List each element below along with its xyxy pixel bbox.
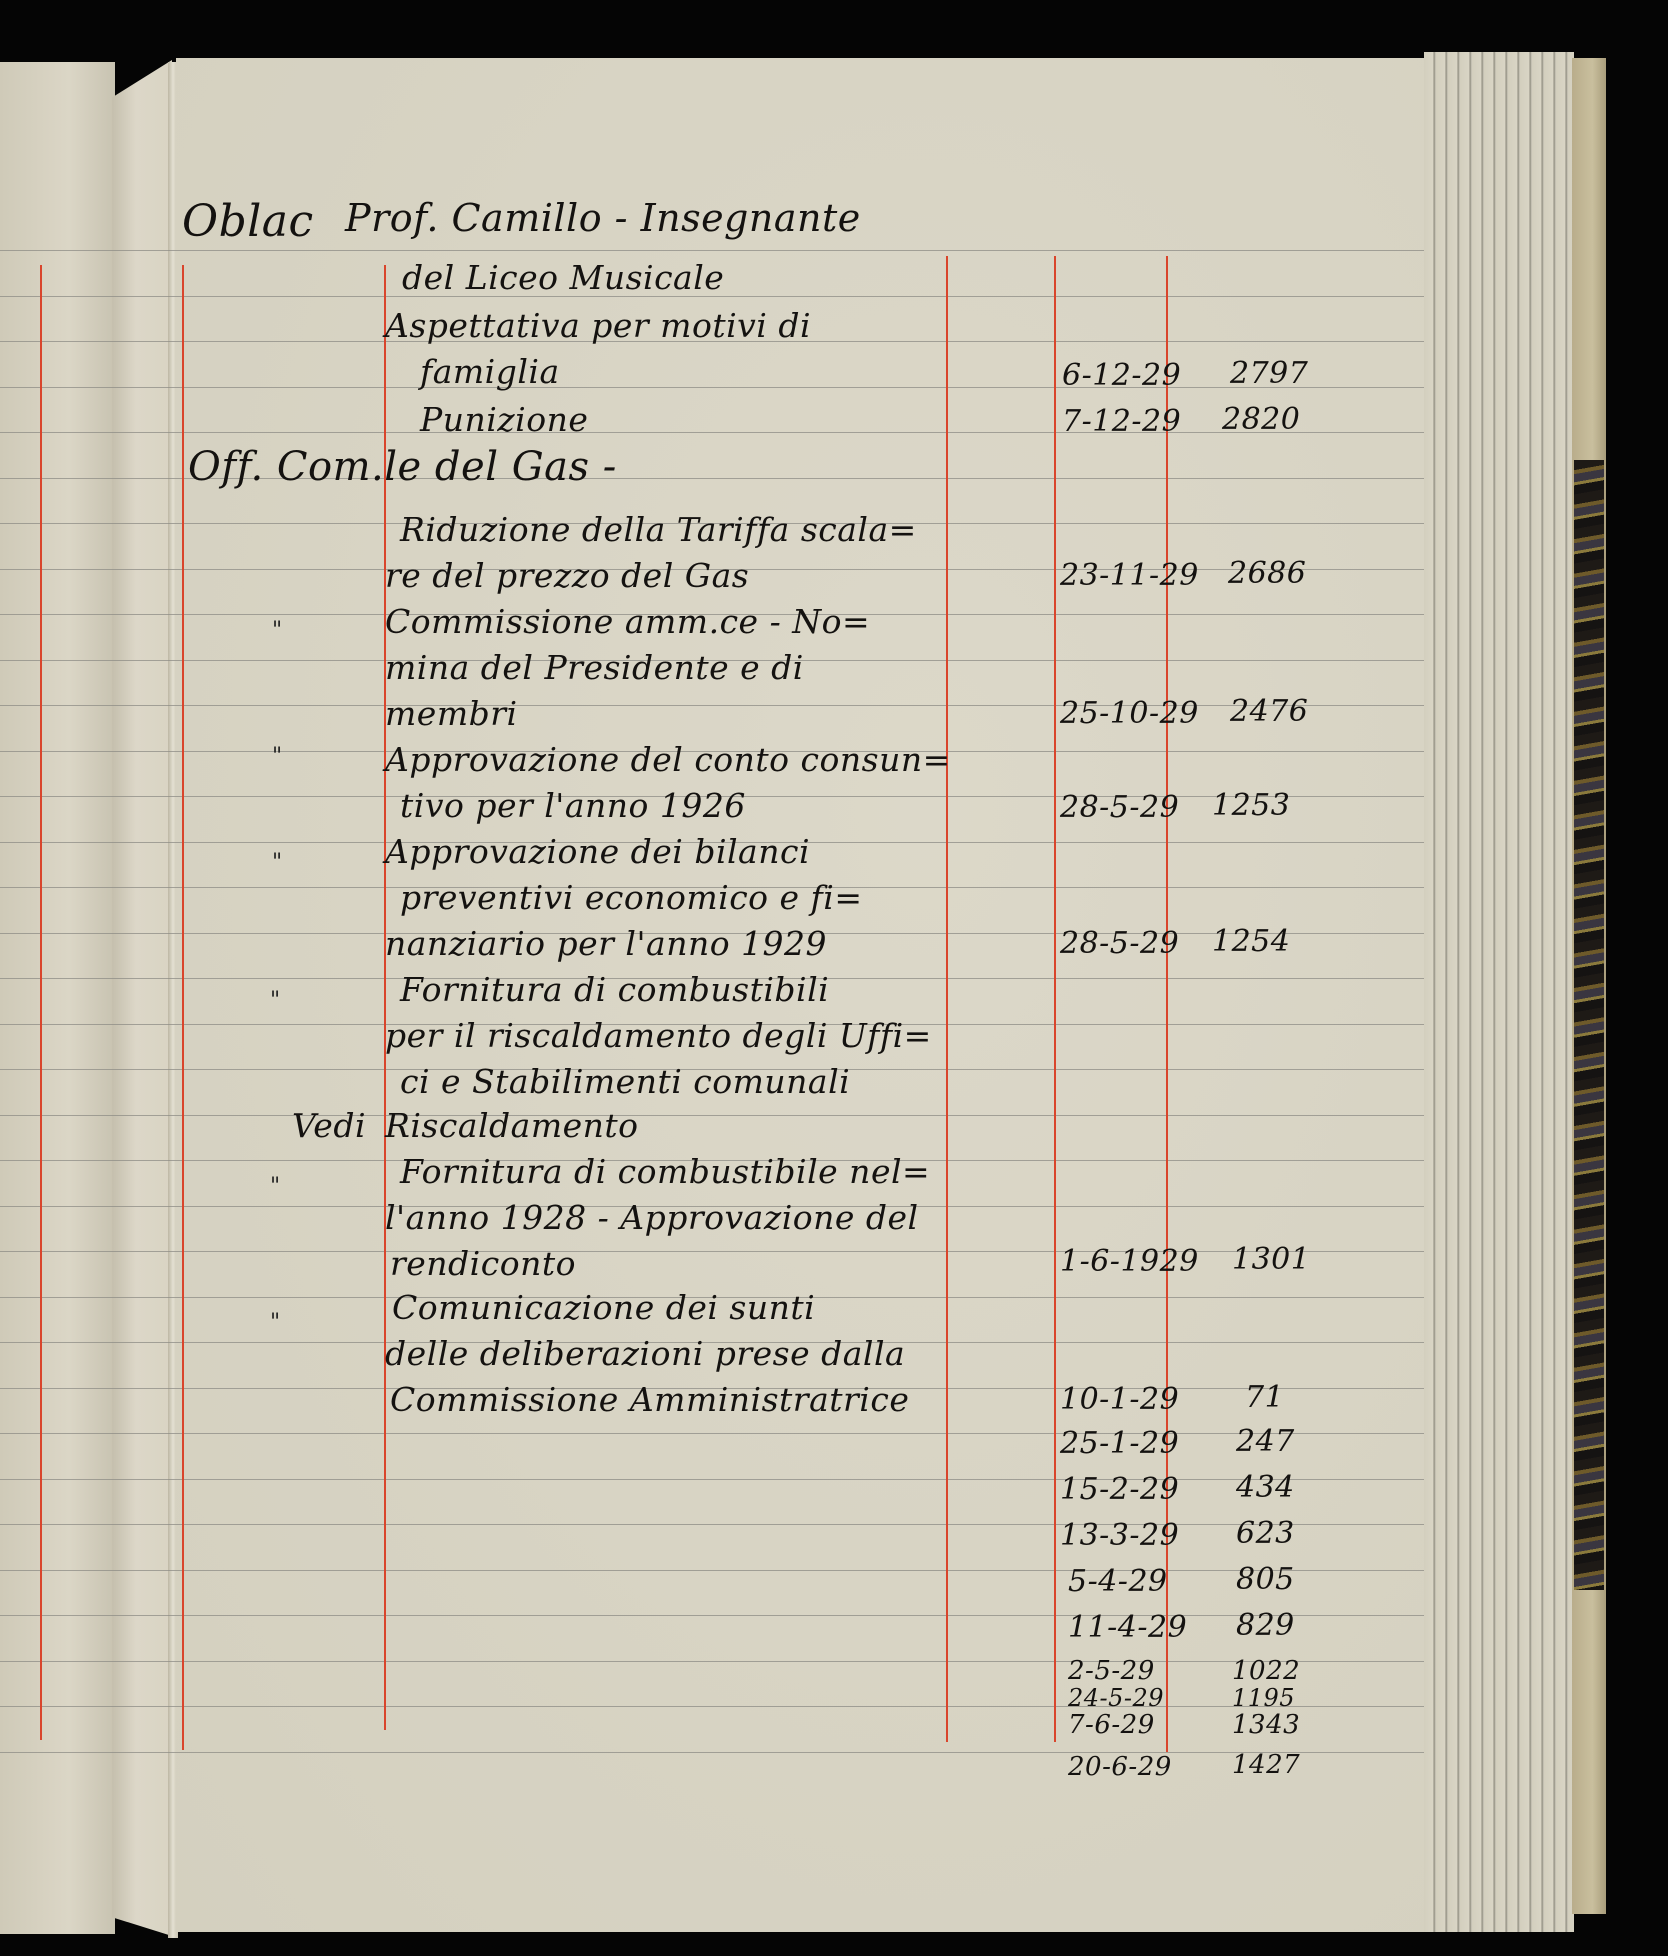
rule-line [0, 1615, 1424, 1616]
rule-line [0, 432, 1424, 433]
entry-number: 1301 [1232, 1242, 1310, 1277]
entry-line: re del prezzo del Gas [385, 556, 749, 595]
rule-line [0, 1479, 1424, 1480]
ref-date: 10-1-29 [1060, 1382, 1179, 1417]
red-margin-line [946, 256, 948, 1742]
ref-date: 5-4-29 [1068, 1564, 1168, 1599]
entry-line: Prof. Camillo - Insegnante [345, 196, 861, 240]
rule-line [0, 387, 1424, 388]
entry-line: Commissione amm.ce - No= [385, 602, 870, 641]
rule-line [0, 1661, 1424, 1662]
entry-line: Approvazione dei bilanci [385, 832, 810, 871]
entry-line: preventivi economico e fi= [400, 878, 862, 917]
entry-line: Commissione Amministratrice [390, 1380, 909, 1419]
entry-line: membri [385, 694, 518, 733]
ref-date: 20-6-29 [1068, 1752, 1172, 1782]
entry-line: per il riscaldamento degli Uffi= [385, 1016, 932, 1055]
entry-date: 28-5-29 [1060, 926, 1179, 961]
rule-line [0, 1706, 1424, 1707]
ref-number: 623 [1236, 1516, 1295, 1551]
rule-line [0, 1524, 1424, 1525]
entry-line: nanziario per l'anno 1929 [385, 924, 827, 963]
rule-line [0, 1752, 1424, 1753]
stacked-page-edges [1424, 52, 1574, 1932]
entry-line: Riscaldamento [385, 1106, 639, 1145]
ref-date: 15-2-29 [1060, 1472, 1179, 1507]
entry-line: Fornitura di combustibili [400, 970, 829, 1009]
entry-number: 1253 [1212, 788, 1290, 823]
entry-date: 7-12-29 [1062, 404, 1181, 439]
entry-date: 23-11-29 [1060, 558, 1199, 593]
red-margin-line [1054, 256, 1056, 1742]
entry-heading: Off. Com.le del Gas - [188, 444, 617, 490]
ref-number: 1195 [1232, 1684, 1295, 1712]
ref-date: 11-4-29 [1068, 1610, 1187, 1645]
entry-line: Riduzione della Tariffa scala= [400, 510, 917, 549]
ref-number: 247 [1236, 1424, 1295, 1459]
red-margin-line [182, 265, 184, 1750]
entry-line: Approvazione del conto consun= [385, 740, 951, 779]
ref-number: 829 [1236, 1608, 1295, 1643]
entry-line: Fornitura di combustibile nel= [400, 1152, 930, 1191]
entry-date: 1-6-1929 [1060, 1244, 1199, 1279]
entry-line: mina del Presidente e di [385, 648, 804, 687]
ref-number: 434 [1236, 1470, 1295, 1505]
marbled-cover-strip [1574, 460, 1604, 1590]
entry-line: rendiconto [390, 1244, 576, 1283]
entry-line: delle deliberazioni prese dalla [385, 1334, 905, 1373]
rule-line [0, 250, 1424, 251]
ditto-mark: " [270, 1174, 280, 1199]
margin-note: Vedi [292, 1106, 366, 1145]
entry-line: tivo per l'anno 1926 [400, 786, 746, 825]
entry-number: 1254 [1212, 924, 1290, 959]
rule-line [0, 1570, 1424, 1571]
ref-date: 13-3-29 [1060, 1518, 1179, 1553]
ref-date: 25-1-29 [1060, 1426, 1179, 1461]
rule-line [0, 705, 1424, 706]
ref-number: 1343 [1232, 1710, 1300, 1740]
entry-date: 28-5-29 [1060, 790, 1179, 825]
entry-line: ci e Stabilimenti comunali [400, 1062, 850, 1101]
ref-date: 2-5-29 [1068, 1656, 1155, 1686]
entry-line: l'anno 1928 - Approvazione del [385, 1198, 919, 1237]
entry-line: Punizione [420, 400, 588, 439]
rule-line [0, 1115, 1424, 1116]
ditto-mark: " [270, 1310, 280, 1335]
entry-number: 2686 [1228, 556, 1306, 591]
ref-number: 1022 [1232, 1656, 1300, 1686]
entry-line: Comunicazione dei sunti [392, 1288, 815, 1327]
ditto-mark: " [270, 988, 280, 1013]
entry-date: 6-12-29 [1062, 358, 1181, 393]
ref-number: 71 [1245, 1380, 1284, 1415]
entry-date: 25-10-29 [1060, 696, 1199, 731]
ref-number: 805 [1236, 1562, 1295, 1597]
ditto-mark: " [272, 850, 282, 875]
entry-line: famiglia [420, 352, 560, 391]
ditto-mark: " [272, 744, 282, 769]
rule-line [0, 1433, 1424, 1434]
ref-number: 1427 [1232, 1750, 1300, 1780]
red-margin-line [40, 265, 42, 1740]
entry-heading: Oblac [182, 196, 314, 247]
left-page [0, 62, 115, 1934]
entry-line: del Liceo Musicale [402, 258, 724, 297]
ref-date: 24-5-29 [1068, 1684, 1164, 1712]
ref-date: 7-6-29 [1068, 1710, 1155, 1740]
entry-line: Aspettativa per motivi di [385, 306, 811, 345]
entry-number: 2476 [1230, 694, 1308, 729]
rule-line [0, 1251, 1424, 1252]
ditto-mark: " [272, 618, 282, 643]
entry-number: 2820 [1222, 402, 1300, 437]
entry-number: 2797 [1230, 356, 1308, 391]
